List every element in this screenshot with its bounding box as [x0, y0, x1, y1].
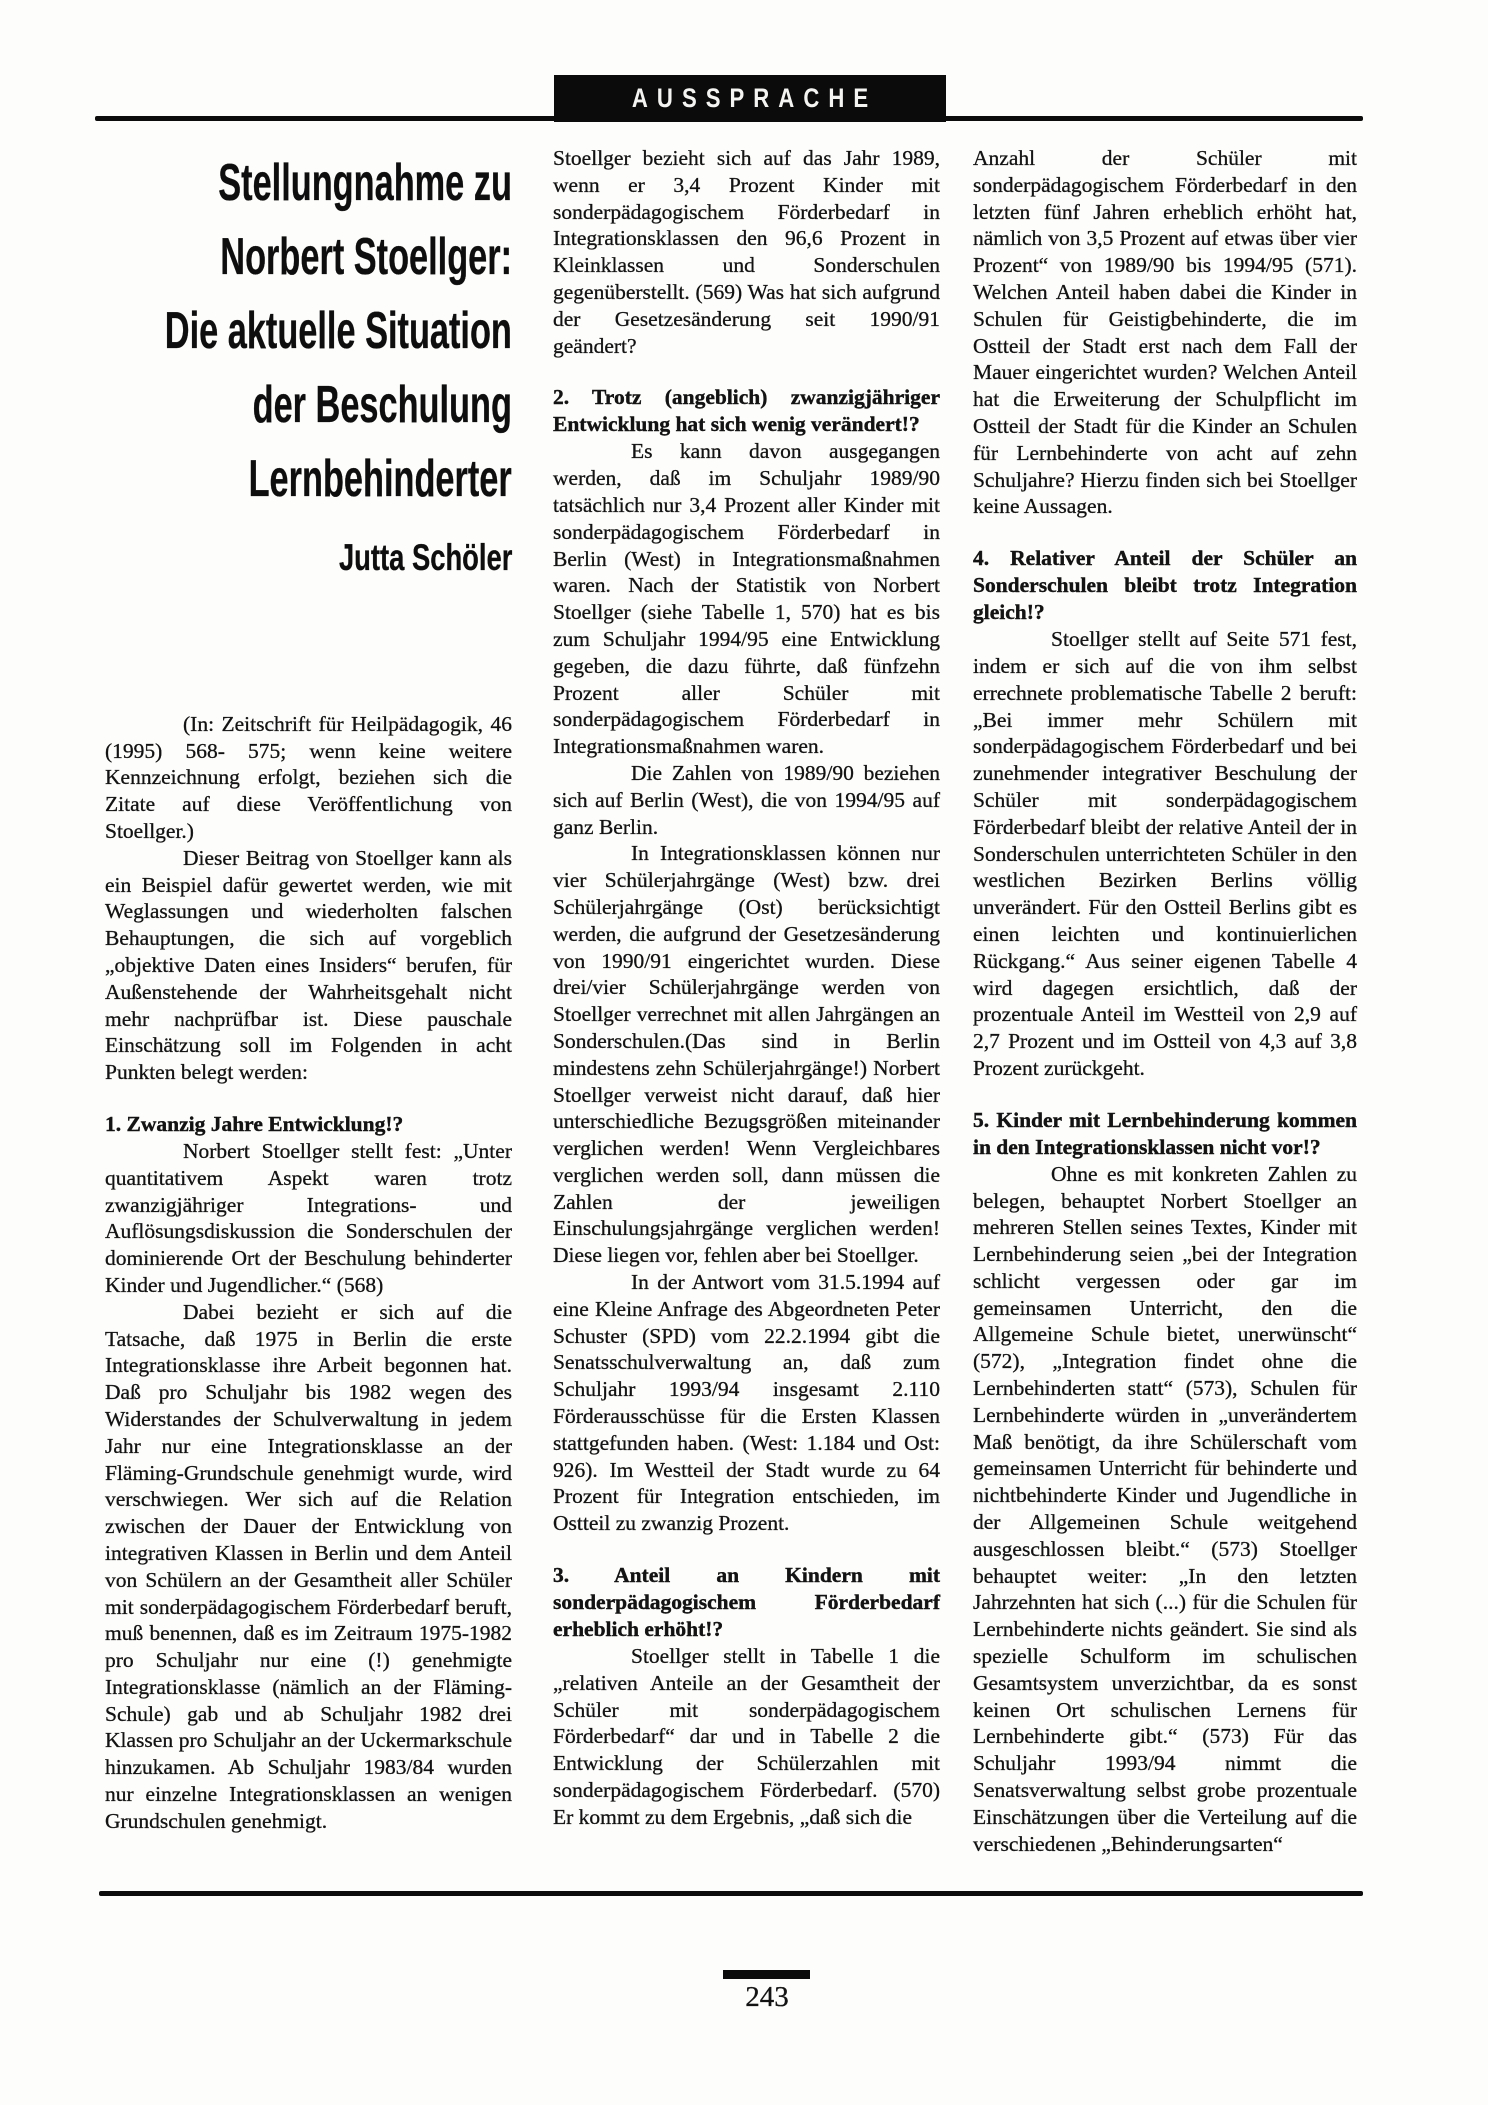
bottom-rule: [99, 1891, 1363, 1896]
article-body: Stellungnahme zuNorbert Stoellger:Die ak…: [105, 145, 1357, 1857]
paragraph: Anzahl der Schüler mit sonderpädagogisch…: [973, 145, 1357, 520]
paragraph: Die Zahlen von 1989/90 beziehen sich auf…: [553, 760, 940, 840]
paragraph: In Integrationsklassen können nur vier S…: [553, 840, 940, 1269]
article-author: Jutta Schöler: [0, 545, 512, 577]
section-band-label: AUSSPRACHE: [623, 83, 877, 114]
paragraph: In der Antwort vom 31.5.1994 auf eine Kl…: [553, 1269, 940, 1537]
article-title-line: Stellungnahme zu: [0, 151, 512, 225]
footer-bar: [723, 1970, 810, 1979]
section-heading: 3. Anteil an Kindern mit sonderpädagogis…: [553, 1562, 940, 1643]
paragraph: Ohne es mit konkreten Zahlen zu belegen,…: [973, 1161, 1357, 1858]
article-title-line: der Beschulung: [0, 373, 512, 447]
section-heading: 5. Kinder mit Lernbehinderung kommen in …: [973, 1107, 1357, 1161]
column-left-body: (In: Zeitschrift für Heilpädagogik, 46 (…: [105, 711, 512, 1835]
article-title: Stellungnahme zuNorbert Stoellger:Die ak…: [0, 151, 512, 521]
paragraph: Stoellger stellt auf Seite 571 fest, ind…: [973, 626, 1357, 1082]
article-title-line: Norbert Stoellger:: [0, 225, 512, 299]
paragraph: Es kann davon ausgegangen werden, daß im…: [553, 438, 940, 760]
article-title-line: Lernbehinderter: [0, 447, 512, 521]
section-heading: 2. Trotz (angeblich) zwanzigjähriger Ent…: [553, 384, 940, 438]
article-title-line: Die aktuelle Situation: [0, 299, 512, 373]
article-author-name: Jutta Schöler: [339, 545, 512, 572]
paragraph: Norbert Stoellger stellt fest: „Unter qu…: [105, 1138, 512, 1299]
column-right: Anzahl der Schüler mit sonderpädagogisch…: [973, 145, 1357, 1857]
column-left: Stellungnahme zuNorbert Stoellger:Die ak…: [105, 145, 512, 1835]
section-heading: 1. Zwanzig Jahre Entwicklung!?: [105, 1111, 512, 1138]
journal-page: AUSSPRACHE Stellungnahme zuNorbert Stoel…: [0, 0, 1488, 2105]
page-number: 243: [687, 1981, 847, 2014]
paragraph: Dabei bezieht er sich auf die Tatsache, …: [105, 1299, 512, 1835]
column-middle: Stoellger bezieht sich auf das Jahr 1989…: [553, 145, 940, 1831]
paragraph: Stoellger bezieht sich auf das Jahr 1989…: [553, 145, 940, 359]
paragraph: (In: Zeitschrift für Heilpädagogik, 46 (…: [105, 711, 512, 845]
paragraph: Dieser Beitrag von Stoellger kann als ei…: [105, 845, 512, 1086]
section-heading: 4. Relativer Anteil der Schüler an Sonde…: [973, 545, 1357, 626]
section-band: AUSSPRACHE: [554, 75, 946, 122]
paragraph: Stoellger stellt in Tabelle 1 die „relat…: [553, 1643, 940, 1831]
